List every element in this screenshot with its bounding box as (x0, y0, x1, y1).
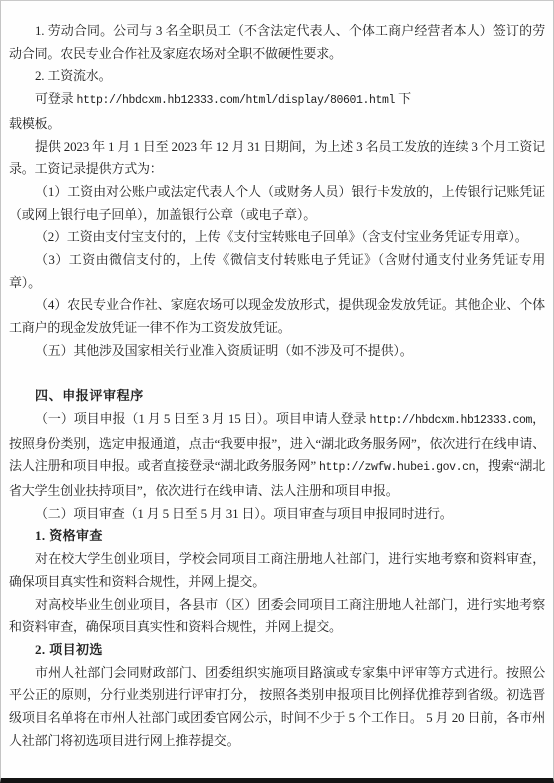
paragraph-text: 载模板。 (9, 116, 60, 131)
paragraph-graduate-projects: 对高校毕业生创业项目，各县市（区）团委会同项目工商注册地人社部门，进行实地考察和… (9, 594, 545, 639)
paragraph-wage-flow: 2. 工资流水。 (9, 65, 545, 88)
paragraph-wage-method-4: （4）农民专业合作社、家庭农场可以现金发放形式，提供现金发放凭证。其他企业、个体… (9, 294, 545, 339)
paragraph-project-review: （二）项目审查（1 月 5 日至 5 月 31 日）。项目审查与项目申报同时进行… (9, 503, 545, 526)
url-text-zwfw-hubei: http://zwfw.hubei.gov.cn (319, 461, 475, 474)
paragraph-wage-method-2: （2）工资由支付宝支付的，上传《支付宝转账电子回单》（含支付宝业务凭证专用章）。 (9, 226, 545, 249)
paragraph-wage-method-1: （1）工资由对公账户或法定代表人个人（或财务人员）银行卡发放的，上传银行记账凭证… (9, 181, 545, 226)
paragraph-labor-contract: 1. 劳动合同。公司与 3 名全职员工（不含法定代表人、个体工商户经营者本人）签… (9, 20, 545, 65)
paragraph-other-qualifications: （五）其他涉及国家相关行业准入资质证明（如不涉及可不提供）。 (9, 340, 545, 363)
paragraph-template-download: 可登录 http://hbdcxm.hb12333.com/html/displ… (9, 88, 545, 135)
sub-heading-qualification-review: 1. 资格审查 (9, 525, 545, 548)
paragraph-text: （一）项目申报（1 月 5 日至 3 月 15 日）。项目申请人登录 (35, 411, 370, 426)
paragraph-text: 可登录 (35, 91, 76, 106)
document-page: 1. 劳动合同。公司与 3 名全职员工（不含法定代表人、个体工商户经营者本人）签… (0, 0, 554, 783)
paragraph-preliminary-selection-process: 市州人社部门会同财政部门、团委组织实施项目路演或专家集中评审等方式进行。按照公平… (9, 662, 545, 753)
url-text-template: http://hbdcxm.hb12333.com/html/display/8… (76, 94, 395, 107)
paragraph-campus-student-projects: 对在校大学生创业项目，学校会同项目工商注册地人社部门，进行实地考察和资料审查，确… (9, 548, 545, 593)
paragraph-text: 下 (395, 91, 411, 106)
section-heading-application-review-procedure: 四、申报评审程序 (9, 385, 545, 408)
paragraph-wage-method-3: （3）工资由微信支付的，上传《微信支付转账电子凭证》（含财付通支付业务凭证专用章… (9, 249, 545, 294)
document-body: 1. 劳动合同。公司与 3 名全职员工（不含法定代表人、个体工商户经营者本人）签… (9, 20, 545, 752)
paragraph-wage-record-period: 提供 2023 年 1 月 1 日至 2023 年 12 月 31 日期间，为上… (9, 136, 545, 181)
url-text-hbdcxm: http://hbdcxm.hb12333.com (370, 414, 533, 427)
sub-heading-preliminary-selection: 2. 项目初选 (9, 639, 545, 662)
paragraph-project-application: （一）项目申报（1 月 5 日至 3 月 15 日）。项目申请人登录 http:… (9, 408, 545, 503)
